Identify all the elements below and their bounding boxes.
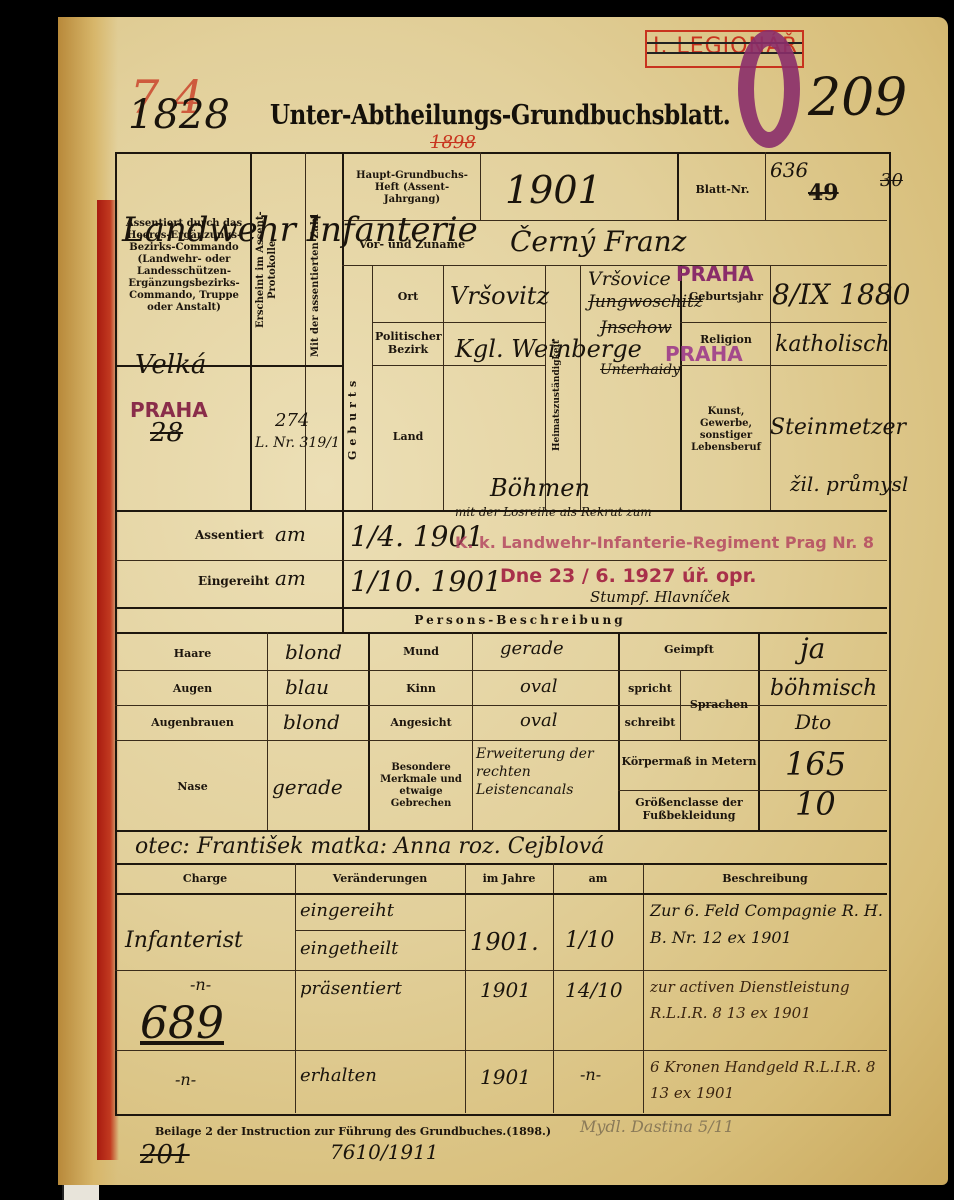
mund-value: gerade: [500, 638, 564, 659]
count-label: Mit der assentierten Zahl: [310, 210, 338, 360]
kinn-value: oval: [520, 676, 558, 697]
mund-label: Mund: [372, 645, 470, 658]
row3-year: 1901: [480, 1065, 531, 1089]
col-am: am: [556, 872, 640, 885]
protocol-value: 274: [275, 410, 309, 431]
haupt-label: Haupt-Grundbuchs-Heft (Assent-Jahrgang): [348, 170, 476, 206]
assent-command-value-2: Velká: [135, 350, 206, 380]
beruf-value-2: žil. průmysl: [790, 472, 908, 496]
spricht-label: spricht: [622, 682, 678, 695]
blatt-struck: 49: [808, 180, 839, 206]
praha-stamp-2: PRAHA: [676, 262, 754, 286]
regiment-stamp: K. k. Landwehr-Infanterie-Regiment Prag …: [455, 533, 874, 552]
row3-desc: 6 Kronen Handgeld R.L.I.R. 8 13 ex 1901: [650, 1055, 885, 1106]
geimpft-label: Geimpft: [620, 643, 758, 656]
haare-value: blond: [285, 640, 342, 664]
col-charge: Charge: [120, 872, 290, 885]
angesicht-value: oval: [520, 710, 558, 731]
schreibt-label: schreibt: [622, 716, 678, 729]
augen-label: Augen: [120, 682, 265, 695]
col-beschreibung: Beschreibung: [646, 872, 884, 885]
ort-value: Vršovitz: [450, 282, 549, 310]
footer-struck-number: 201: [140, 1140, 190, 1170]
beruf-label: Kunst, Gewerbe, sonstiger Lebensberuf: [684, 406, 768, 454]
eingereiht-value: 1/10. 1901: [350, 565, 502, 598]
row2-day: 14/10: [565, 978, 623, 1002]
struck-district-number: 28: [150, 418, 183, 448]
parents-note: otec: František matka: Anna roz. Cejblov…: [135, 834, 604, 859]
haupt-value: 1901: [505, 168, 602, 212]
row3-change: erhalten: [300, 1065, 377, 1086]
religion-value: katholisch: [775, 332, 890, 357]
blatt-value: 636: [770, 158, 808, 182]
charge-number: 689: [140, 998, 224, 1049]
sprachen-value-2: Dto: [795, 710, 831, 734]
row1-change-2: eingetheilt: [300, 938, 398, 959]
praha-stamp-3: PRAHA: [665, 342, 743, 366]
row1-desc: Zur 6. Feld Compagnie R. H. B. Nr. 12 ex…: [650, 897, 885, 951]
nase-value: gerade: [272, 775, 343, 799]
geburtsjahr-value: 8/IX 1880: [772, 278, 910, 311]
blatt-label: Blatt-Nr.: [680, 183, 765, 196]
koerpermass-value: 165: [785, 745, 846, 783]
haare-label: Haare: [120, 647, 265, 660]
assentiert-note: mit der Losreihe als Rekrut zum: [455, 505, 652, 519]
row2-charge: -n-: [190, 975, 211, 994]
geburts-label: Geburts: [346, 380, 366, 460]
protocol-label: Erscheint im Assent-Protokolle: [255, 190, 295, 350]
fussbekleidung-label: Größenclasse der Fußbekleidung: [620, 796, 758, 822]
heimat-struck-2: Jnschow: [600, 318, 672, 338]
row1-change: eingereiht: [300, 900, 394, 921]
heimat-value: Vršovice: [588, 268, 671, 290]
bottom-note: Mydl. Dastina 5/11: [580, 1117, 734, 1136]
col-veraenderungen: Veränderungen: [300, 872, 460, 885]
count-value: L. Nr. 319/1: [255, 435, 340, 451]
ort-label: Ort: [375, 290, 441, 303]
assentiert-label: Assentiert: [195, 528, 264, 542]
col-im-jahre: im Jahre: [468, 872, 550, 885]
heimat-label: Heimatszuständigkeit: [552, 330, 574, 460]
row2-desc: zur activen Dienstleistung R.L.I.R. 8 13…: [650, 975, 885, 1026]
name-value: Černý Franz: [510, 225, 686, 258]
row2-change: präsentiert: [300, 978, 402, 999]
row2-year: 1901: [480, 978, 531, 1002]
margin-number-top-right: 209: [808, 68, 907, 128]
assentiert-am: am: [275, 522, 306, 546]
row1-charge: Infanterist: [125, 928, 243, 953]
footer-ref-number: 7610/1911: [330, 1140, 439, 1164]
eingereiht-am: am: [275, 566, 306, 590]
land-label: Land: [375, 430, 441, 443]
struck-year: 1898: [430, 132, 476, 153]
page-title: Unter-Abtheilungs-Grundbuchsblatt.: [270, 100, 730, 131]
eingereiht-label: Eingereiht: [198, 574, 269, 588]
kinn-label: Kinn: [372, 682, 470, 695]
geburtsjahr-label: Geburtsjahr: [684, 290, 768, 303]
bezirk-value: Kgl. Weinberge: [455, 335, 642, 363]
blatt-struck-2: 30: [880, 170, 903, 191]
purple-zero-stamp: [738, 30, 800, 148]
land-value: Böhmen: [490, 474, 590, 502]
augenbrauen-label: Augenbrauen: [120, 716, 265, 729]
merkmale-value: Erweiterung der rechten Leistencanals: [476, 745, 616, 800]
date-stamp: Dne 23 / 6. 1927 úř. opr.: [500, 565, 757, 587]
koerpermass-label: Körpermaß in Metern: [620, 755, 758, 768]
row1-day: 1/10: [565, 928, 614, 953]
merkmale-label: Besondere Merkmale und etwaige Gebrechen: [372, 762, 470, 810]
geimpft-value: ja: [800, 632, 825, 665]
sprachen-value: böhmisch: [770, 676, 877, 701]
signature: Stumpf. Hlavníček: [590, 588, 730, 606]
name-label: Vor- und Zuname: [348, 238, 476, 251]
beruf-value: Steinmetzer: [770, 415, 906, 440]
augen-value: blau: [285, 675, 329, 699]
fussbekleidung-value: 10: [795, 785, 836, 823]
row3-charge: -n-: [175, 1070, 196, 1089]
augenbrauen-value: blond: [283, 710, 340, 734]
row1-year: 1901.: [470, 928, 539, 956]
angesicht-label: Angesicht: [372, 716, 470, 729]
footer-instruction: Beilage 2 der Instruction zur Führung de…: [155, 1125, 551, 1138]
sprachen-label: Sprachen: [682, 698, 756, 711]
persons-section-title: Persons-Beschreibung: [370, 613, 670, 627]
row3-day: -n-: [580, 1065, 601, 1084]
nase-label: Nase: [120, 780, 265, 793]
margin-number-top-left: 1828: [128, 92, 230, 138]
bezirk-label: Politischer Bezirk: [375, 330, 441, 356]
